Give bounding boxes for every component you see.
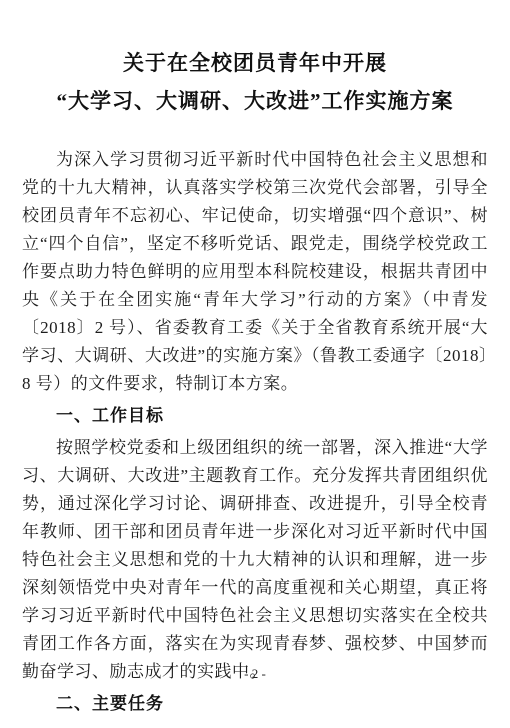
paragraph-intro: 为深入学习贯彻习近平新时代中国特色社会主义思想和党的十九大精神，认真落实学校第三… bbox=[22, 146, 488, 398]
paragraph-work-goals: 按照学校党委和上级团组织的统一部署，深入推进“大学习、大调研、大改进”主题教育工… bbox=[22, 434, 488, 686]
section-heading-main-tasks: 二、主要任务 bbox=[22, 688, 488, 720]
document-title-line2: “大学习、大调研、大改进”工作实施方案 bbox=[30, 82, 480, 120]
document-page: 关于在全校团员青年中开展 “大学习、大调研、大改进”工作实施方案 为深入学习贯彻… bbox=[0, 0, 510, 728]
page-number: - 2 - bbox=[0, 666, 510, 682]
section-heading-work-goals: 一、工作目标 bbox=[22, 400, 488, 432]
document-title: 关于在全校团员青年中开展 “大学习、大调研、大改进”工作实施方案 bbox=[30, 44, 480, 120]
document-body: 为深入学习贯彻习近平新时代中国特色社会主义思想和党的十九大精神，认真落实学校第三… bbox=[22, 146, 488, 720]
document-title-line1: 关于在全校团员青年中开展 bbox=[30, 44, 480, 82]
